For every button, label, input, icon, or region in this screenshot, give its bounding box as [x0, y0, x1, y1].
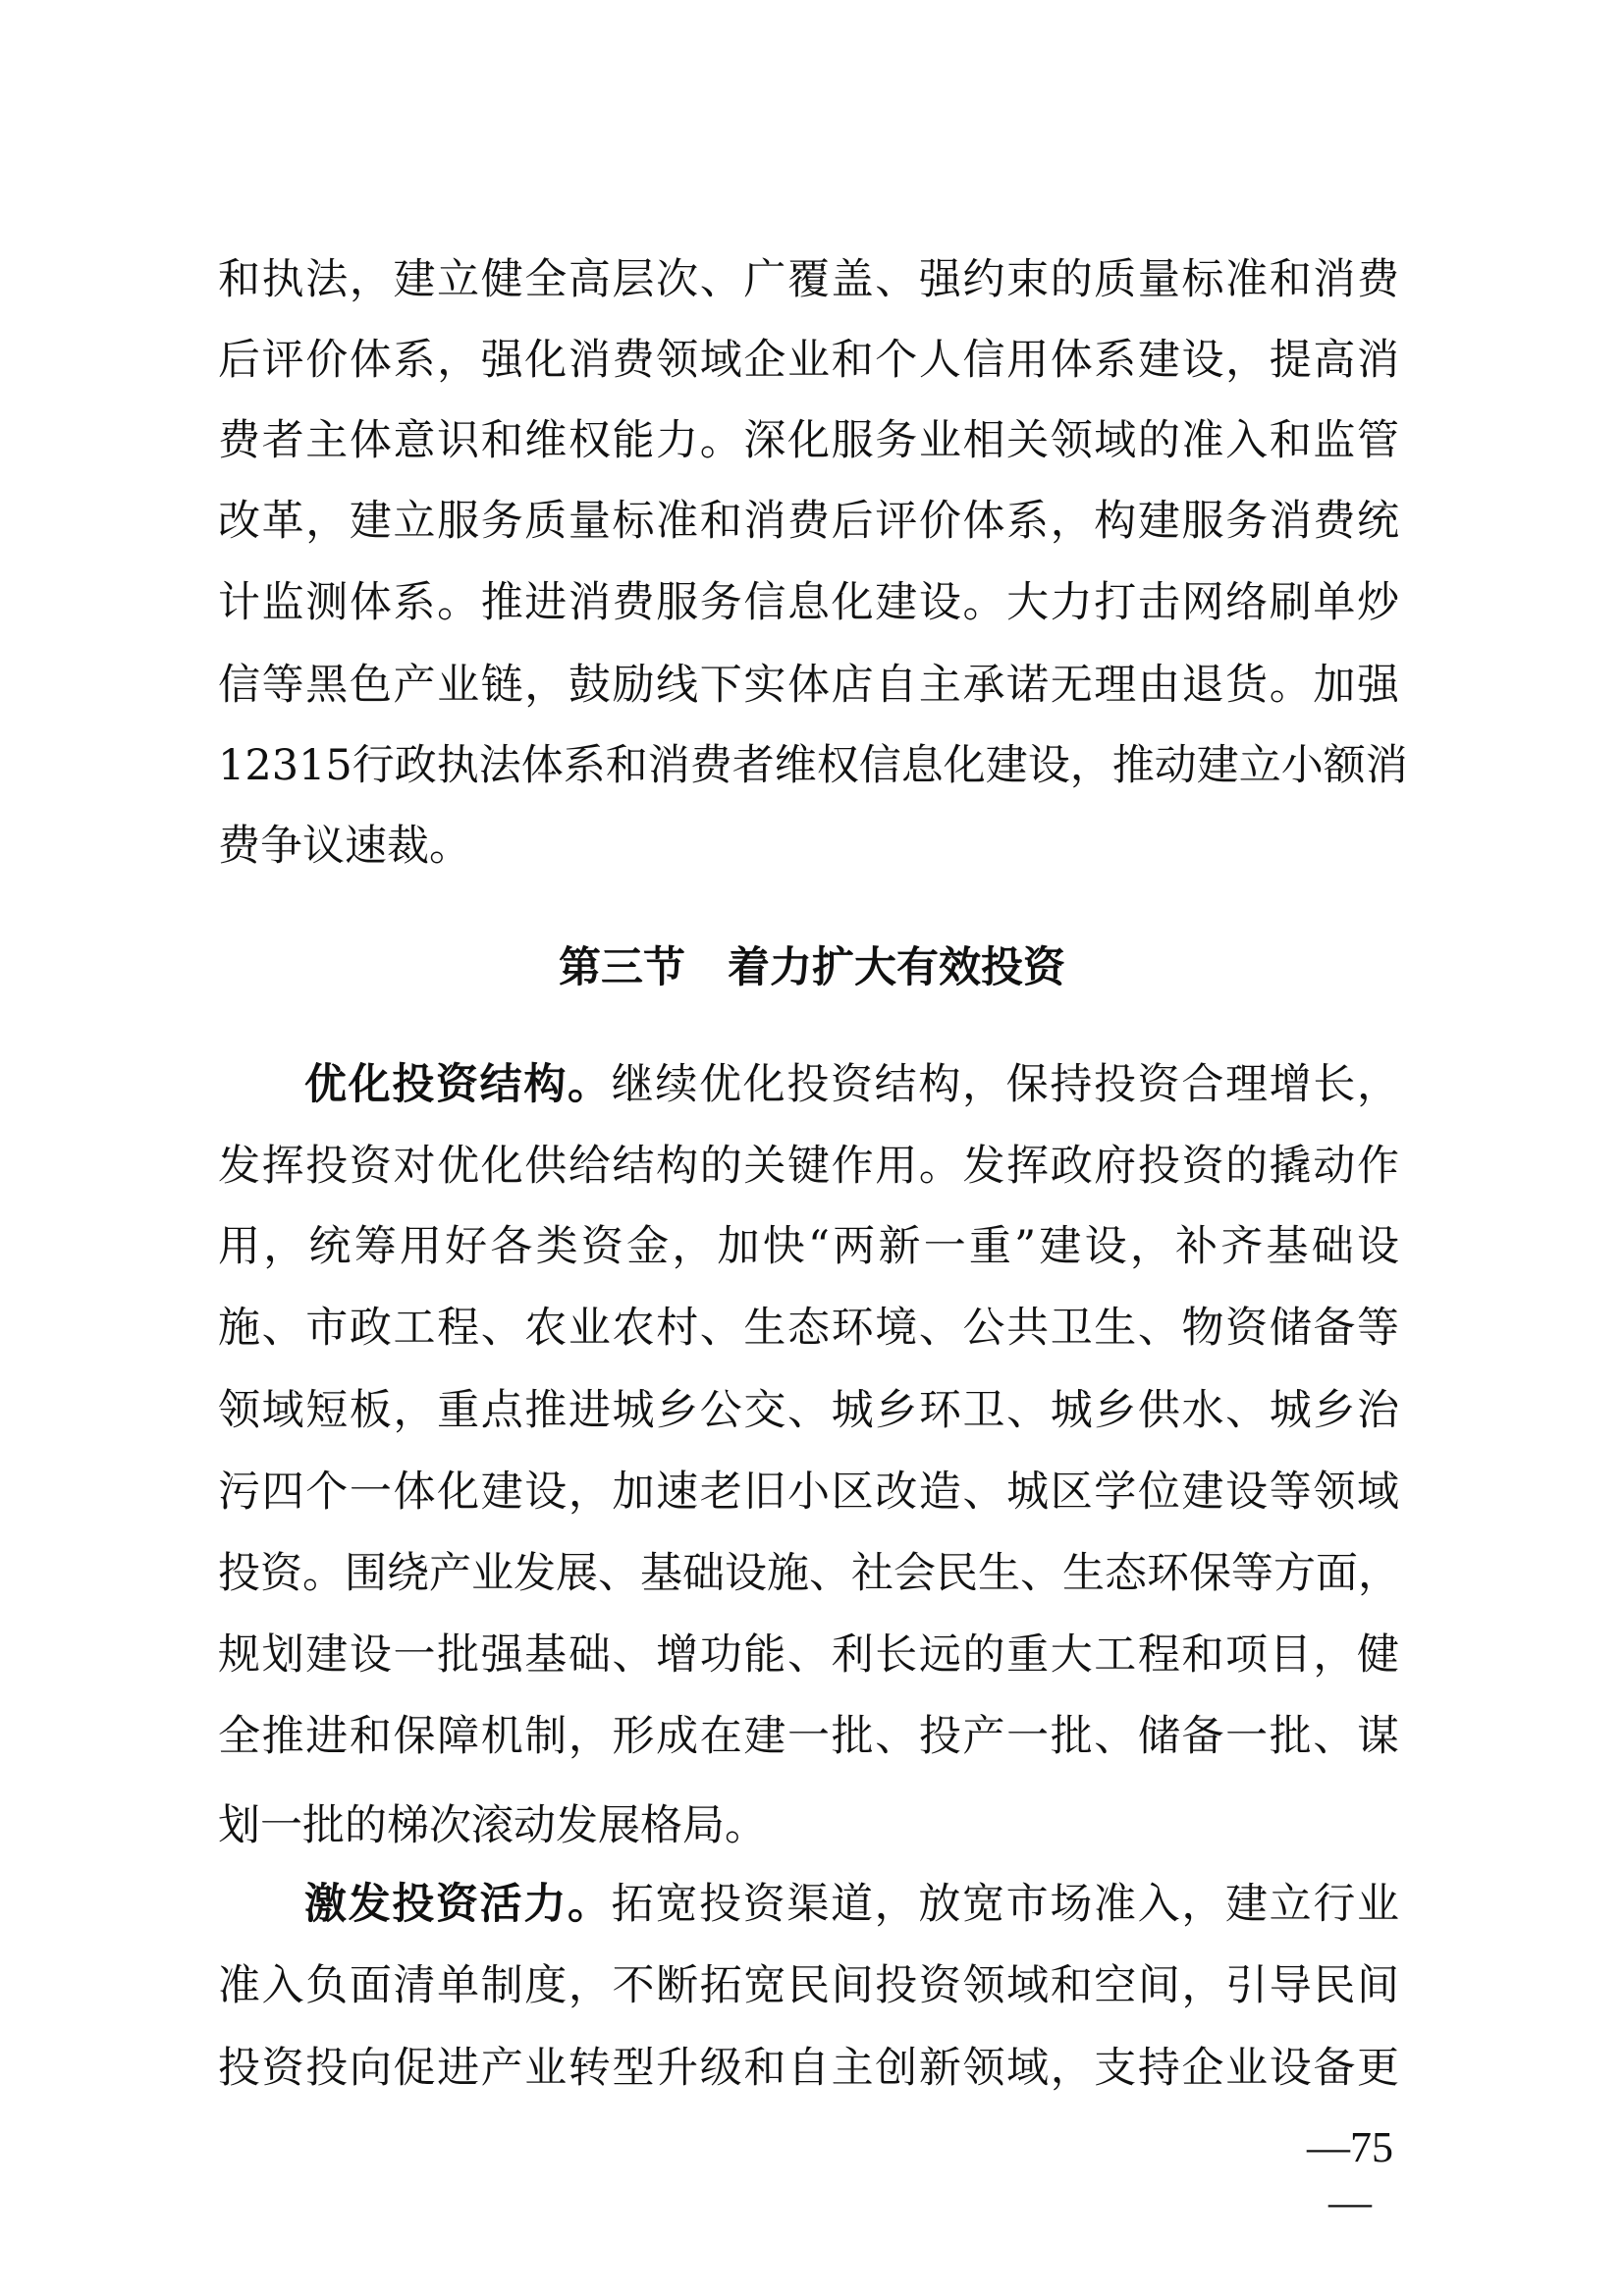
- body-line: 费争议速裁。: [218, 817, 1399, 876]
- body-line: 领域短板，重点推进城乡公交、城乡环卫、城乡供水、城乡治: [218, 1381, 1399, 1440]
- body-line: 施、市政工程、农业农村、生态环境、公共卫生、物资储备等: [218, 1299, 1399, 1358]
- body-line: 后评价体系，强化消费领域企业和个人信用体系建设，提高消: [218, 331, 1399, 390]
- paragraph-lead: 优化投资结构。: [304, 1060, 612, 1109]
- body-line: 规划建设一批强基础、增功能、利长远的重大工程和项目，健: [218, 1626, 1399, 1684]
- page-number: —75—: [1286, 2120, 1414, 2175]
- body-line: 划一批的梯次滚动发展格局。: [218, 1796, 1399, 1855]
- paragraph-text: 继续优化投资结构，保持投资合理增长，: [612, 1060, 1399, 1109]
- paragraph-first-line: 激发投资活力。拓宽投资渠道，放宽市场准入，建立行业: [304, 1875, 1399, 1934]
- paragraph-text: 拓宽投资渠道，放宽市场准入，建立行业: [612, 1880, 1399, 1929]
- body-line: 改革，建立服务质量标准和消费后评价体系，构建服务消费统: [218, 492, 1399, 551]
- body-line: 准入负面清单制度，不断拓宽民间投资领域和空间，引导民间: [218, 1956, 1399, 2015]
- body-line: 用，统筹用好各类资金，加快“两新一重”建设，补齐基础设: [218, 1217, 1399, 1276]
- body-line: 污四个一体化建设，加速老旧小区改造、城区学位建设等领域: [218, 1463, 1399, 1522]
- body-line: 12315行政执法体系和消费者维权信息化建设，推动建立小额消: [218, 736, 1399, 795]
- paragraph-first-line: 优化投资结构。继续优化投资结构，保持投资合理增长，: [304, 1055, 1399, 1114]
- section-heading: 第三节 着力扩大有效投资: [0, 938, 1624, 997]
- body-line: 费者主体意识和维权能力。深化服务业相关领域的准入和监管: [218, 411, 1399, 470]
- body-line: 和执法，建立健全高层次、广覆盖、强约束的质量标准和消费: [218, 250, 1399, 309]
- document-page: 和执法，建立健全高层次、广覆盖、强约束的质量标准和消费 后评价体系，强化消费领域…: [0, 0, 1624, 2296]
- body-line: 全推进和保障机制，形成在建一批、投产一批、储备一批、谋: [218, 1707, 1399, 1766]
- body-line: 投资投向促进产业转型升级和自主创新领域，支持企业设备更: [218, 2039, 1399, 2098]
- paragraph-lead: 激发投资活力。: [304, 1880, 612, 1929]
- body-line: 计监测体系。推进消费服务信息化建设。大力打击网络刷单炒: [218, 573, 1399, 632]
- body-line: 发挥投资对优化供给结构的关键作用。发挥政府投资的撬动作: [218, 1137, 1399, 1196]
- body-line: 信等黑色产业链，鼓励线下实体店自主承诺无理由退货。加强: [218, 656, 1399, 715]
- body-line: 投资。围绕产业发展、基础设施、社会民生、生态环保等方面，: [218, 1544, 1399, 1603]
